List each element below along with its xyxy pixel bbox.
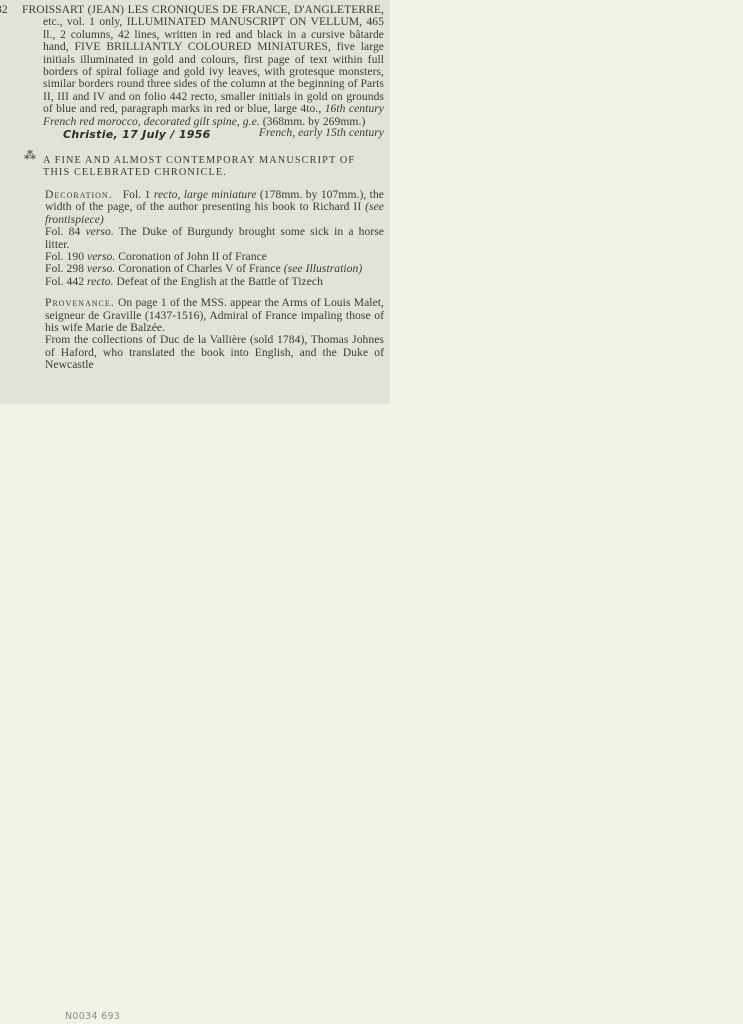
note-text: A fine and almost contemporay manuscript…: [43, 155, 355, 178]
handwritten-annotation: Christie, 17 July / 1956: [63, 129, 211, 141]
catalogue-clipping: 32 FROISSART (JEAN) LES CRONIQUES DE FRA…: [0, 0, 390, 404]
catalogue-entry: 32 FROISSART (JEAN) LES CRONIQUES DE FRA…: [0, 4, 384, 372]
highlight-note: ⁂ A fine and almost contemporay manuscri…: [43, 155, 384, 180]
lot-number: 32: [0, 4, 8, 16]
provenance-collections: From the collections of Duc de la Valliè…: [45, 334, 384, 371]
entry-title-text: FROISSART (JEAN) LES CRONIQUES DE FRANCE…: [22, 3, 384, 115]
entry-description: FROISSART (JEAN) LES CRONIQUES DE FRANCE…: [43, 4, 384, 128]
provenance-label: Provenance.: [45, 296, 115, 309]
provenance-text: Provenance. On page 1 of the MSS. appear…: [45, 297, 384, 334]
decoration-item: Decoration. Fol. 1 recto, large miniatur…: [45, 189, 384, 226]
decoration-section: Decoration. Fol. 1 recto, large miniatur…: [45, 189, 384, 288]
inventory-stamp: N0034 693: [65, 1011, 120, 1022]
decoration-label: Decoration.: [45, 188, 113, 201]
provenance-section: Provenance. On page 1 of the MSS. appear…: [45, 297, 384, 371]
decoration-item: Fol. 84 verso. The Duke of Burgundy brou…: [45, 226, 384, 251]
decoration-item: Fol. 442 recto. Defeat of the English at…: [45, 276, 384, 288]
annotation-row: Christie, 17 July / 1956 French, early 1…: [43, 129, 384, 143]
asterism-icon: ⁂: [24, 152, 36, 159]
dating: French, early 15th century: [259, 127, 384, 139]
